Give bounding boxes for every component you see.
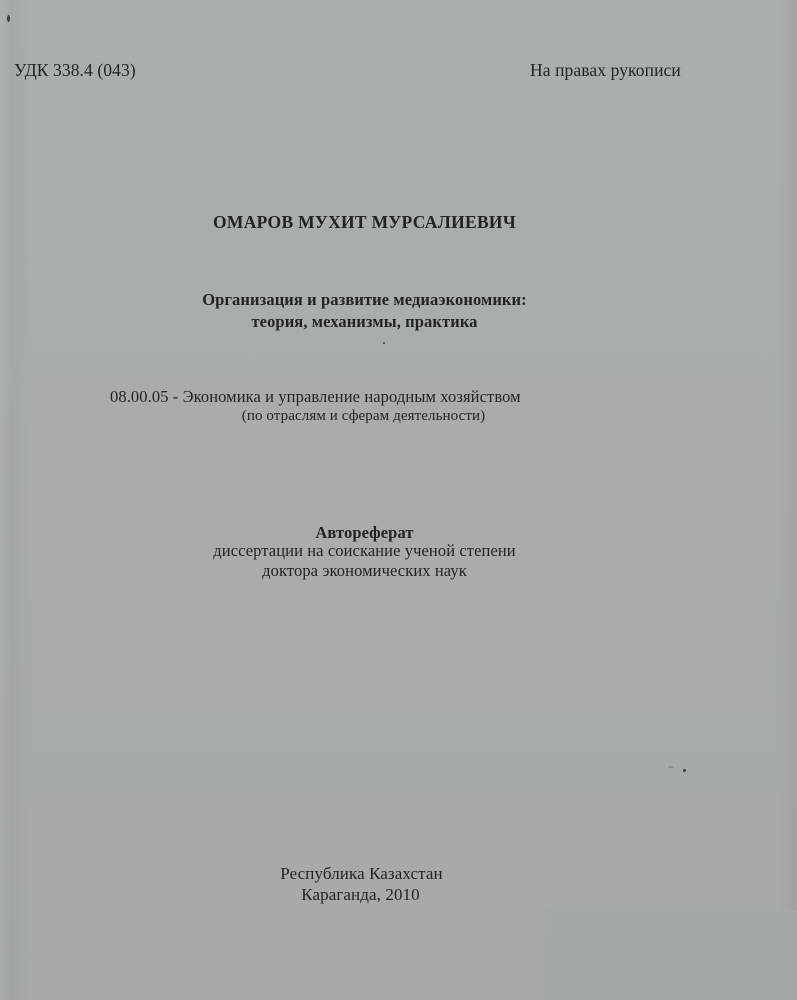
scan-speck (683, 769, 686, 772)
scan-patch (545, 910, 797, 1000)
author-name: ОМАРОВ МУХИТ МУРСАЛИЕВИЧ (0, 212, 729, 233)
specialty-code-line: 08.00.05 - Экономика и управление народн… (110, 387, 521, 407)
manuscript-rights-note: На правах рукописи (530, 60, 681, 81)
scan-speck (668, 766, 674, 768)
thesis-title-line-2: теория, механизмы, практика (0, 312, 729, 332)
scan-speck (7, 15, 10, 22)
scan-speck (383, 342, 385, 344)
scanned-page: УДК 338.4 (043) На правах рукописи ОМАРО… (0, 0, 797, 1000)
imprint-country: Республика Казахстан (0, 864, 723, 884)
page-edge-shadow (779, 0, 797, 1000)
abstract-line-1: диссертации на соискание ученой степени (0, 541, 729, 561)
imprint-city-year: Караганда, 2010 (0, 885, 721, 905)
abstract-heading: Автореферат (0, 523, 729, 543)
abstract-line-2: доктора экономических наук (0, 561, 729, 581)
udk-code: УДК 338.4 (043) (14, 60, 136, 81)
thesis-title-line-1: Организация и развитие медиаэкономики: (0, 290, 729, 310)
specialty-subtitle: (по отраслям и сферам деятельности) (0, 408, 727, 425)
